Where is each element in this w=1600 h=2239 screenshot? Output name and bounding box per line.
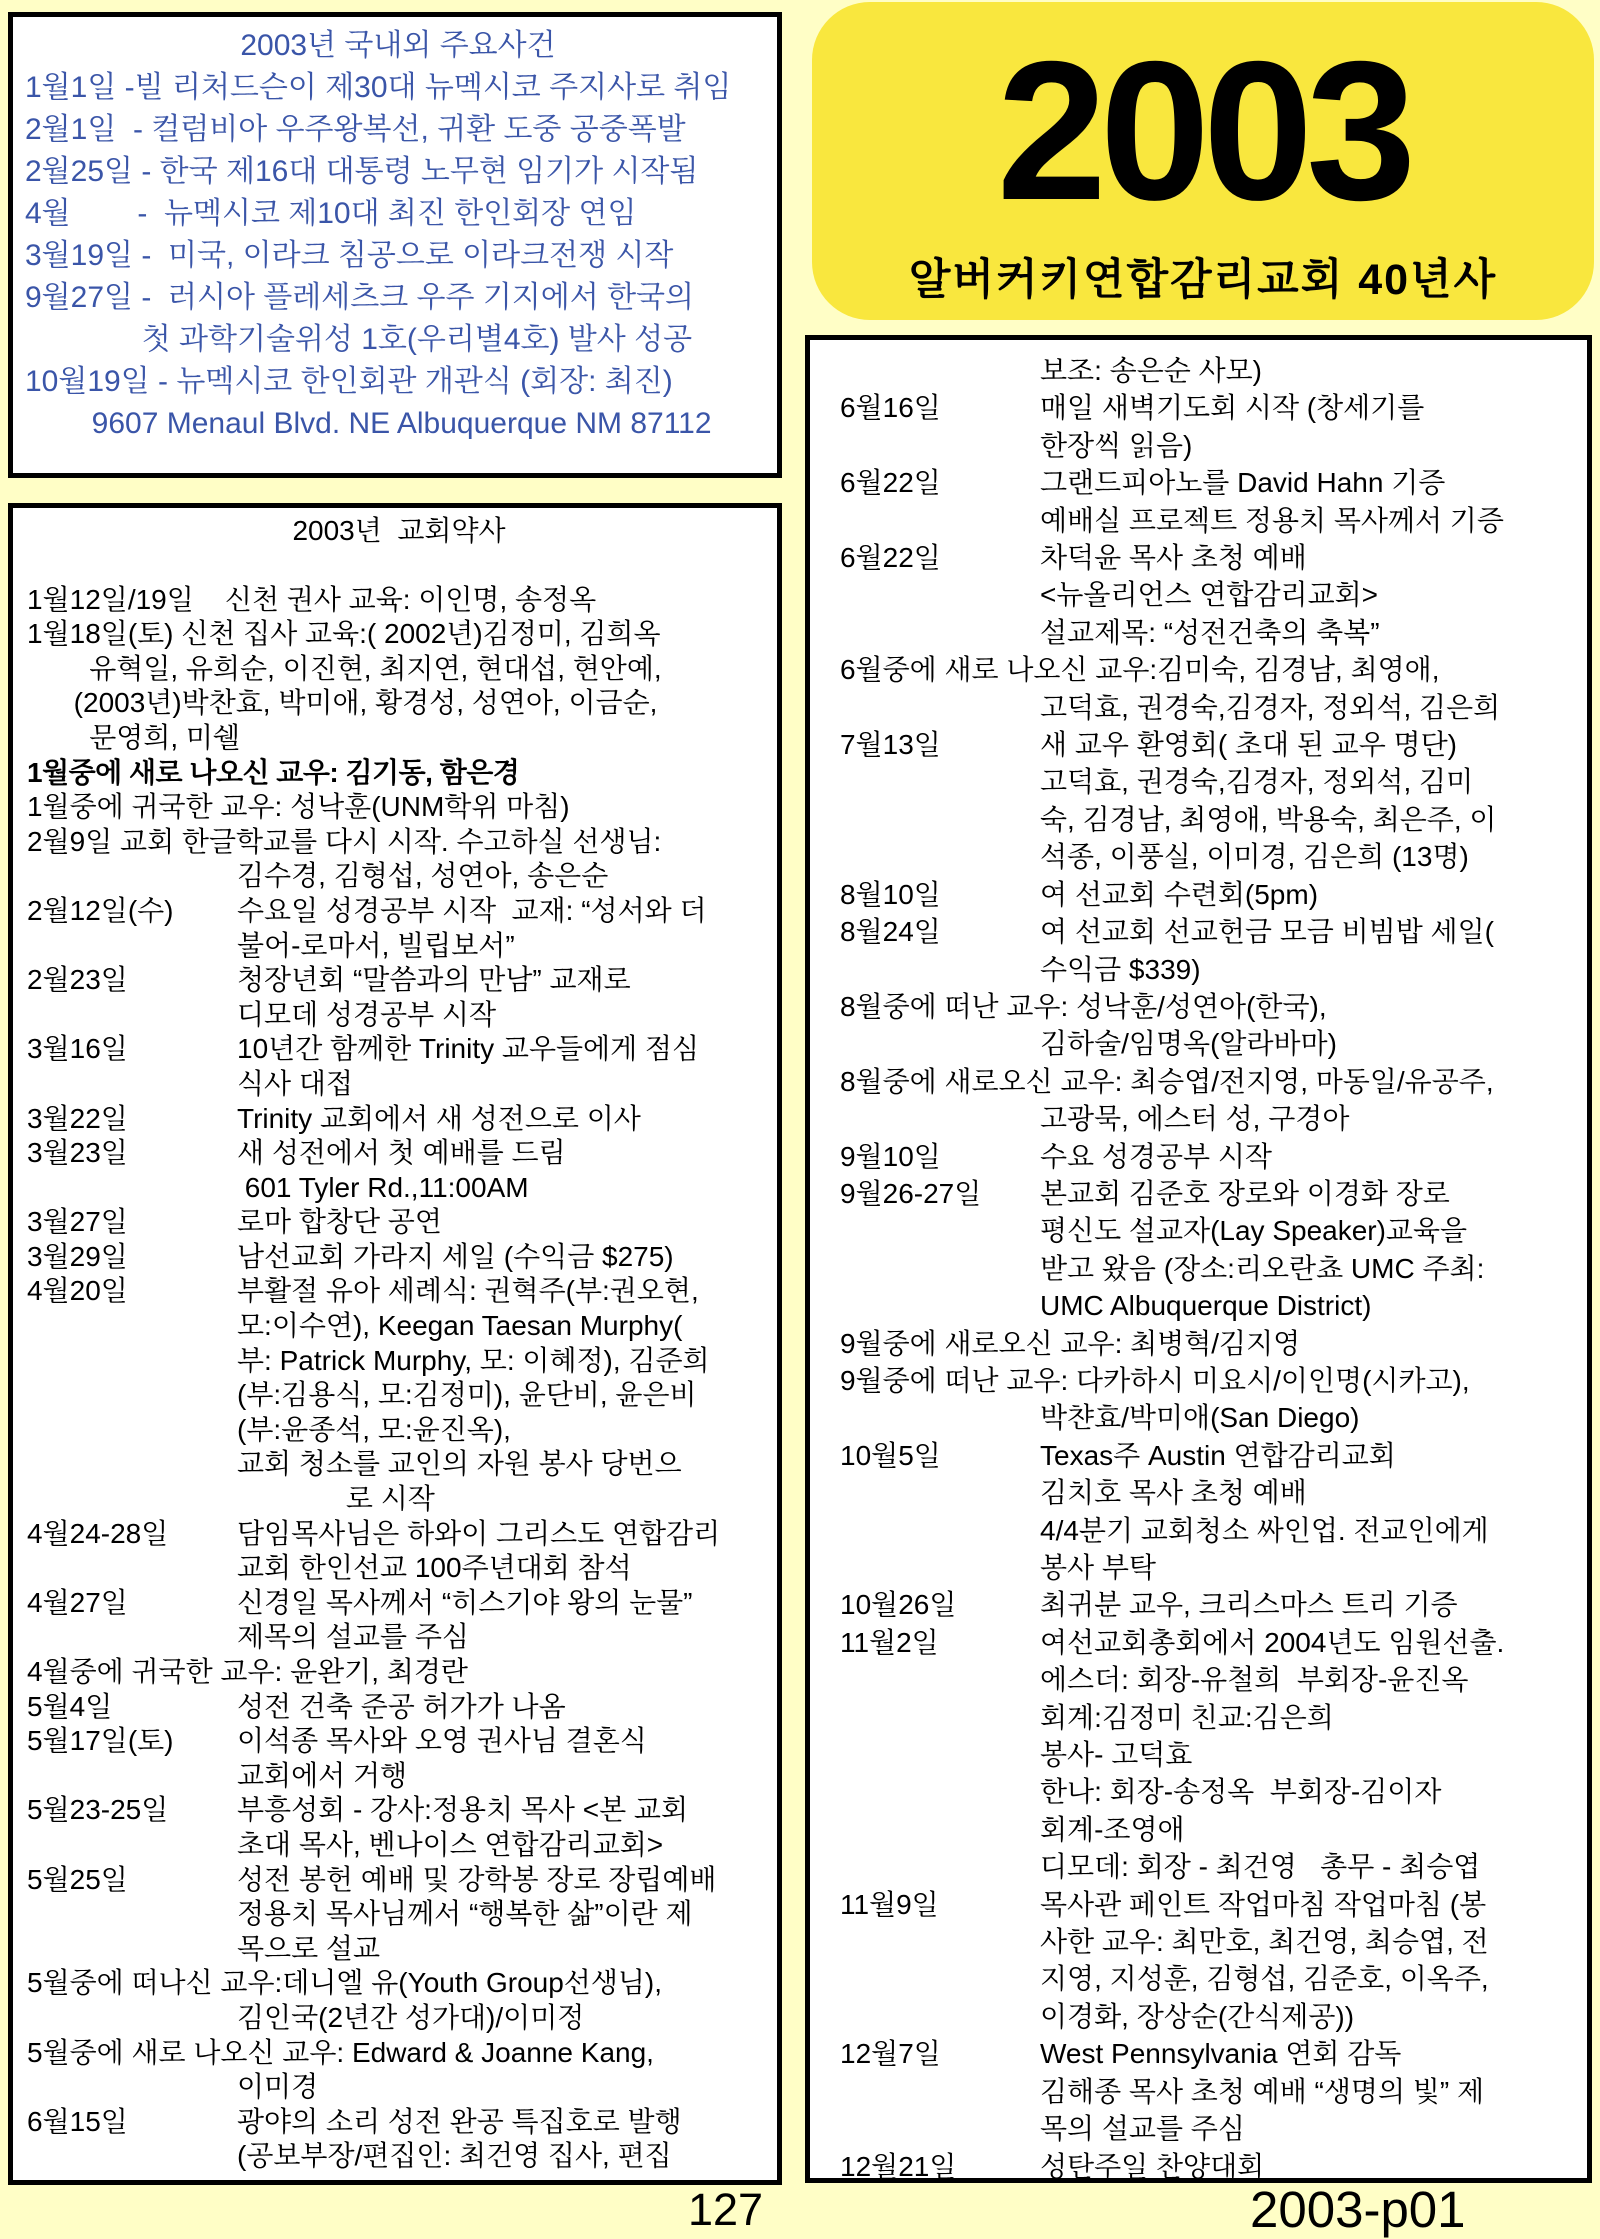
timeline-text: 9월중에 새로오신 교우: 최병혁/김지영 <box>840 1325 1581 1362</box>
timeline-line: 석종, 이풍실, 이미경, 김은희 (13명) <box>840 838 1581 875</box>
timeline-line: 8월중에 새로오신 교우: 최승엽/전지영, 마동일/유공주, <box>840 1063 1581 1100</box>
timeline-text: 설교제목: “성전건축의 축복” <box>1040 614 1581 651</box>
year-banner: 2003 알버커키연합감리교회 40년사 <box>812 2 1594 320</box>
timeline-text: 8월중에 떠난 교우: 성낙훈/성연아(한국), <box>840 988 1581 1025</box>
timeline-line: 11월2일여선교회총회에서 2004년도 임원선출. <box>840 1624 1581 1661</box>
timeline-date <box>27 1482 237 1517</box>
timeline-date <box>840 614 1040 651</box>
timeline-line: 김수경, 김형섭, 성연아, 송은순 <box>27 859 771 894</box>
timeline-date: 7월13일 <box>840 726 1040 763</box>
timeline-text: 봉사 부탁 <box>1040 1549 1581 1586</box>
timeline-text: 예배실 프로젝트 정용치 목사께서 기증 <box>1040 502 1581 539</box>
timeline-line: 12월7일West Pennsylvania 연회 감독 <box>840 2035 1581 2072</box>
timeline-date: 6월16일 <box>840 389 1040 426</box>
timeline-text: 성전 봉헌 예배 및 강학봉 장로 장립예배 <box>237 1863 771 1898</box>
timeline-text: 여 선교회 수련회(5pm) <box>1040 876 1581 913</box>
timeline-text: 10월19일 - 뉴멕시코 한인회관 개관식 (회장: 최진) <box>25 361 771 403</box>
timeline-text: 매일 새벽기도회 시작 (창세기를 <box>1040 389 1581 426</box>
timeline-date: 12월21일 <box>840 2148 1040 2184</box>
timeline-text: 새 교우 환영회( 초대 된 교우 명단) <box>1040 726 1581 763</box>
timeline-line: 문영희, 미쉘 <box>27 721 771 756</box>
timeline-line: 목으로 설교 <box>27 1932 771 1967</box>
timeline-line: 한나: 회장-송정옥 부회장-김이자 <box>840 1773 1581 1810</box>
timeline-line: 정용치 목사님께서 “행복한 삶”이란 제 <box>27 1897 771 1932</box>
timeline-date <box>840 2073 1040 2110</box>
timeline-text: 601 Tyler Rd.,11:00AM <box>237 1171 771 1206</box>
timeline-text: 4월 - 뉴멕시코 제10대 최진 한인회장 연임 <box>25 193 771 235</box>
timeline-date: 12월7일 <box>840 2035 1040 2072</box>
timeline-date <box>27 2001 237 2036</box>
timeline-text: 사한 교우: 최만호, 최건영, 최승엽, 전 <box>1040 1923 1581 1960</box>
timeline-text: 이경화, 장상순(간식제공)) <box>1040 1998 1581 2035</box>
timeline-line: 5월23-25일부흥성회 - 강사:정용치 목사 <본 교회 <box>27 1793 771 1828</box>
timeline-line: 교회 청소를 교인의 자원 봉사 당번으 <box>27 1447 771 1482</box>
timeline-date <box>27 1897 237 1932</box>
timeline-text: 김수경, 김형섭, 성연아, 송은순 <box>237 859 771 894</box>
banner-subtitle-text: 알버커키연합감리교회 40년사 <box>812 246 1594 307</box>
timeline-line: 2월23일청장년회 “말씀과의 만남” 교재로 <box>27 963 771 998</box>
timeline-text: 이미경 <box>237 2070 771 2105</box>
timeline-text: 평신도 설교자(Lay Speaker)교육을 <box>1040 1212 1581 1249</box>
timeline-line: 11월9일목사관 페인트 작업마침 작업마침 (봉 <box>840 1886 1581 1923</box>
timeline-text: 불어-로마서, 빌립보서” <box>237 929 771 964</box>
timeline-date: 9월26-27일 <box>840 1175 1040 1212</box>
timeline-date: 5월17일(토) <box>27 1724 237 1759</box>
timeline-text: <뉴올리언스 연합감리교회> <box>1040 576 1581 613</box>
timeline-text: 성탄주일 찬양대회 <box>1040 2148 1581 2184</box>
timeline-text: 부흥성회 - 강사:정용치 목사 <본 교회 <box>237 1793 771 1828</box>
timeline-date <box>27 1551 237 1586</box>
timeline-text: 로 시작 <box>237 1482 771 1517</box>
timeline-line: 3월29일남선교회 가라지 세일 (수익금 $275) <box>27 1240 771 1275</box>
timeline-line: 4월 - 뉴멕시코 제10대 최진 한인회장 연임 <box>25 193 771 235</box>
timeline-date <box>840 1661 1040 1698</box>
timeline-text: 10년간 함께한 Trinity 교우들에게 점심 <box>237 1032 771 1067</box>
timeline-text: 이석종 목사와 오영 권사님 결혼식 <box>237 1724 771 1759</box>
timeline-date <box>840 838 1040 875</box>
timeline-date <box>27 2070 237 2105</box>
timeline-line: 고덕효, 권경숙,김경자, 정외석, 김은희 <box>840 689 1581 726</box>
timeline-line: (부:윤종석, 모:윤진옥), <box>27 1413 771 1448</box>
timeline-text: 광야의 소리 성전 완공 특집호로 발행 <box>237 2105 771 2140</box>
timeline-line: 4월20일부활절 유아 세례식: 권혁주(부:권오현, <box>27 1274 771 1309</box>
timeline-line: 고덕효, 권경숙,김경자, 정외석, 김미 <box>840 763 1581 800</box>
timeline-line: 초대 목사, 벤나이스 연합감리교회> <box>27 1828 771 1863</box>
timeline-date <box>840 1399 1040 1436</box>
timeline-line: 지영, 지성훈, 김형섭, 김준호, 이옥주, <box>840 1960 1581 1997</box>
timeline-line: 수익금 $339) <box>840 951 1581 988</box>
timeline-text: UMC Albuquerque District) <box>1040 1287 1581 1324</box>
timeline-date <box>27 1309 237 1344</box>
timeline-date: 2월12일(수) <box>27 894 237 929</box>
timeline-line: 6월중에 새로 나오신 교우:김미숙, 김경남, 최영애, <box>840 651 1581 688</box>
timeline-date <box>840 1250 1040 1287</box>
timeline-text: 목으로 설교 <box>237 1932 771 1967</box>
timeline-date <box>27 1067 237 1102</box>
timeline-text: 부활절 유아 세례식: 권혁주(부:권오현, <box>237 1274 771 1309</box>
timeline-line: 10월5일Texas주 Austin 연합감리교회 <box>840 1437 1581 1474</box>
timeline-line: 5월25일성전 봉헌 예배 및 강학봉 장로 장립예배 <box>27 1863 771 1898</box>
timeline-date <box>840 1736 1040 1773</box>
timeline-date: 6월22일 <box>840 464 1040 501</box>
timeline-date: 5월4일 <box>27 1690 237 1725</box>
timeline-line: 예배실 프로젝트 정용치 목사께서 기증 <box>840 502 1581 539</box>
timeline-date: 10월5일 <box>840 1437 1040 1474</box>
timeline-text: 유혁일, 유희순, 이진현, 최지연, 현대섭, 현안예, <box>27 652 771 687</box>
timeline-date <box>27 1447 237 1482</box>
timeline-text: Texas주 Austin 연합감리교회 <box>1040 1437 1581 1474</box>
timeline-date <box>840 1474 1040 1511</box>
timeline-date <box>840 689 1040 726</box>
timeline-text: 담임목사님은 하와이 그리스도 연합감리 <box>237 1517 771 1552</box>
timeline-text: 4월중에 귀국한 교우: 윤완기, 최경란 <box>27 1655 771 1690</box>
timeline-line: 9월26-27일본교회 김준호 장로와 이경화 장로 <box>840 1175 1581 1212</box>
timeline-line: 받고 왔음 (장소:리오란쵸 UMC 주최: <box>840 1250 1581 1287</box>
church-box-lines: 1월12일/19일 신천 권사 교육: 이인명, 송정옥1월18일(토) 신천 … <box>27 583 771 2174</box>
timeline-date <box>840 1960 1040 1997</box>
timeline-date <box>27 1932 237 1967</box>
timeline-text: 에스더: 회장-유철희 부회장-윤진옥 <box>1040 1661 1581 1698</box>
page-code: 2003-p01 <box>1250 2180 1466 2239</box>
timeline-date <box>27 2139 237 2174</box>
timeline-date <box>840 1699 1040 1736</box>
timeline-date <box>840 1549 1040 1586</box>
timeline-text: 초대 목사, 벤나이스 연합감리교회> <box>237 1828 771 1863</box>
timeline-date <box>840 801 1040 838</box>
timeline-text: 받고 왔음 (장소:리오란쵸 UMC 주최: <box>1040 1250 1581 1287</box>
timeline-text: 모:이수연), Keegan Taesan Murphy( <box>237 1309 771 1344</box>
timeline-text: 수요 성경공부 시작 <box>1040 1138 1581 1175</box>
timeline-text: 9월중에 떠난 교우: 다카하시 미요시/이인명(시카고), <box>840 1362 1581 1399</box>
timeline-date: 4월24-28일 <box>27 1517 237 1552</box>
timeline-date: 8월24일 <box>840 913 1040 950</box>
timeline-line: 2월9일 교회 한글학교를 다시 시작. 수고하실 선생님: <box>27 825 771 860</box>
timeline-text: 교회 청소를 교인의 자원 봉사 당번으 <box>237 1447 771 1482</box>
timeline-text: 부: Patrick Murphy, 모: 이혜정), 김준희 <box>237 1344 771 1379</box>
timeline-text: 지영, 지성훈, 김형섭, 김준호, 이옥주, <box>1040 1960 1581 1997</box>
timeline-text: 2월1일 - 컬럼비아 우주왕복선, 귀환 도중 공중폭발 <box>25 109 771 151</box>
timeline-line: 3월27일로마 합창단 공연 <box>27 1205 771 1240</box>
timeline-text: 디모데 성경공부 시작 <box>237 998 771 1033</box>
timeline-text: 고덕효, 권경숙,김경자, 정외석, 김은희 <box>1040 689 1581 726</box>
timeline-line: 6월15일광야의 소리 성전 완공 특집호로 발행 <box>27 2105 771 2140</box>
timeline-line: 사한 교우: 최만호, 최건영, 최승엽, 전 <box>840 1923 1581 1960</box>
timeline-line: 김하술/임명옥(알라바마) <box>840 1025 1581 1062</box>
timeline-date: 4월27일 <box>27 1586 237 1621</box>
timeline-text: 5월중에 새로 나오신 교우: Edward & Joanne Kang, <box>27 2036 771 2071</box>
timeline-text: 식사 대접 <box>237 1067 771 1102</box>
timeline-date <box>27 1828 237 1863</box>
timeline-date: 6월22일 <box>840 539 1040 576</box>
timeline-text: 2월9일 교회 한글학교를 다시 시작. 수고하실 선생님: <box>27 825 771 860</box>
timeline-line: 불어-로마서, 빌립보서” <box>27 929 771 964</box>
timeline-line: 4/4분기 교회청소 싸인업. 전교인에게 <box>840 1512 1581 1549</box>
timeline-line: 첫 과학기술위성 1호(우리별4호) 발사 성공 <box>25 319 771 361</box>
timeline-line: 1월1일 -빌 리처드슨이 제30대 뉴멕시코 주지사로 취임 <box>25 67 771 109</box>
timeline-line: (공보부장/편집인: 최건영 집사, 편집 <box>27 2139 771 2174</box>
timeline-line: 로 시작 <box>27 1482 771 1517</box>
timeline-text: 로마 합창단 공연 <box>237 1205 771 1240</box>
timeline-text: (2003년)박찬효, 박미애, 황경성, 성연아, 이금순, <box>27 686 771 721</box>
timeline-date: 3월27일 <box>27 1205 237 1240</box>
timeline-text: 차덕윤 목사 초청 예배 <box>1040 539 1581 576</box>
timeline-text: 남선교회 가라지 세일 (수익금 $275) <box>237 1240 771 1275</box>
timeline-text: 5월중에 떠나신 교우:데니엘 유(Youth Group선생님), <box>27 1966 771 2001</box>
timeline-text: 그랜드피아노를 David Hahn 기증 <box>1040 464 1581 501</box>
timeline-text: 여선교회총회에서 2004년도 임원선출. <box>1040 1624 1581 1661</box>
timeline-line: 김해종 목사 초청 예배 “생명의 빛” 제 <box>840 2073 1581 2110</box>
timeline-line: (2003년)박찬효, 박미애, 황경성, 성연아, 이금순, <box>27 686 771 721</box>
timeline-text: (부:김용식, 모:김정미), 윤단비, 윤은비 <box>237 1378 771 1413</box>
timeline-line: 6월22일그랜드피아노를 David Hahn 기증 <box>840 464 1581 501</box>
timeline-line: <뉴올리언스 연합감리교회> <box>840 576 1581 613</box>
timeline-date <box>840 951 1040 988</box>
timeline-text: Trinity 교회에서 새 성전으로 이사 <box>237 1102 771 1137</box>
timeline-line: 10월26일최귀분 교우, 크리스마스 트리 기증 <box>840 1586 1581 1623</box>
timeline-line: 모:이수연), Keegan Taesan Murphy( <box>27 1309 771 1344</box>
timeline-text: 6월중에 새로 나오신 교우:김미숙, 김경남, 최영애, <box>840 651 1581 688</box>
timeline-date <box>27 1759 237 1794</box>
timeline-line: 1월중에 새로 나오신 교우: 김기동, 함은경 <box>27 756 771 791</box>
timeline-date: 3월29일 <box>27 1240 237 1275</box>
timeline-line: 숙, 김경남, 최영애, 박용숙, 최은주, 이 <box>840 801 1581 838</box>
page-number: 127 <box>688 2184 763 2236</box>
timeline-text: 고광묵, 에스터 성, 구경아 <box>1040 1100 1581 1137</box>
timeline-line: 봉사- 고덕효 <box>840 1736 1581 1773</box>
timeline-date <box>840 1100 1040 1137</box>
timeline-text: 봉사- 고덕효 <box>1040 1736 1581 1773</box>
timeline-date <box>840 576 1040 613</box>
timeline-line: 박챤효/박미애(San Diego) <box>840 1399 1581 1436</box>
timeline-date <box>840 763 1040 800</box>
timeline-text: 한나: 회장-송정옥 부회장-김이자 <box>1040 1773 1581 1810</box>
timeline-text: 여 선교회 선교헌금 모금 비빔밥 세일( <box>1040 913 1581 950</box>
timeline-line: 12월21일성탄주일 찬양대회 <box>840 2148 1581 2184</box>
national-events-box: 2003년 국내외 주요사건 1월1일 -빌 리처드슨이 제30대 뉴멕시코 주… <box>8 12 782 478</box>
timeline-line: 601 Tyler Rd.,11:00AM <box>27 1171 771 1206</box>
timeline-date: 5월23-25일 <box>27 1793 237 1828</box>
timeline-line: 에스더: 회장-유철희 부회장-윤진옥 <box>840 1661 1581 1698</box>
timeline-date <box>840 1811 1040 1848</box>
timeline-date: 4월20일 <box>27 1274 237 1309</box>
timeline-line: 10월19일 - 뉴멕시코 한인회관 개관식 (회장: 최진) <box>25 361 771 403</box>
timeline-date <box>840 1212 1040 1249</box>
timeline-line: 한장씩 읽음) <box>840 427 1581 464</box>
timeline-date <box>840 2110 1040 2147</box>
timeline-line: 2월25일 - 한국 제16대 대통령 노무현 임기가 시작됨 <box>25 151 771 193</box>
timeline-line: 3월19일 - 미국, 이라크 침공으로 이라크전쟁 시작 <box>25 235 771 277</box>
timeline-line: 2월1일 - 컬럼비아 우주왕복선, 귀환 도중 공중폭발 <box>25 109 771 151</box>
timeline-line: UMC Albuquerque District) <box>840 1287 1581 1324</box>
timeline-line: 8월24일여 선교회 선교헌금 모금 비빔밥 세일( <box>840 913 1581 950</box>
timeline-text: 김하술/임명옥(알라바마) <box>1040 1025 1581 1062</box>
church-box-title: 2003년 교회약사 <box>27 514 771 549</box>
timeline-line: 김인국(2년간 성가대)/이미정 <box>27 2001 771 2036</box>
timeline-date <box>27 998 237 1033</box>
timeline-line: 2월12일(수)수요일 성경공부 시작 교재: “성서와 더 <box>27 894 771 929</box>
timeline-line: 제목의 설교를 주심 <box>27 1620 771 1655</box>
timeline-line: 평신도 설교자(Lay Speaker)교육을 <box>840 1212 1581 1249</box>
timeline-line: 김치호 목사 초청 예배 <box>840 1474 1581 1511</box>
timeline-date: 3월23일 <box>27 1136 237 1171</box>
events-box-title: 2003년 국내외 주요사건 <box>25 25 771 67</box>
timeline-text: 석종, 이풍실, 이미경, 김은희 (13명) <box>1040 838 1581 875</box>
timeline-text: 9월27일 - 러시아 플레세츠크 우주 기지에서 한국의 <box>25 277 771 319</box>
scanned-yearbook-page: { "page": { "background_color": "#FFFEC6… <box>0 0 1600 2239</box>
timeline-text: 신경일 목사께서 “히스기야 왕의 눈물” <box>237 1586 771 1621</box>
timeline-date: 9월10일 <box>840 1138 1040 1175</box>
timeline-date <box>27 859 237 894</box>
timeline-date <box>27 1171 237 1206</box>
timeline-text: 교회에서 거행 <box>237 1759 771 1794</box>
timeline-text: West Pennsylvania 연회 감독 <box>1040 2035 1581 2072</box>
timeline-text: 목사관 페인트 작업마침 작업마침 (봉 <box>1040 1886 1581 1923</box>
timeline-line: 9월중에 떠난 교우: 다카하시 미요시/이인명(시카고), <box>840 1362 1581 1399</box>
timeline-line: 설교제목: “성전건축의 축복” <box>840 614 1581 651</box>
timeline-line: 디모데 성경공부 시작 <box>27 998 771 1033</box>
timeline-date: 11월9일 <box>840 1886 1040 1923</box>
timeline-line: 7월13일새 교우 환영회( 초대 된 교우 명단) <box>840 726 1581 763</box>
timeline-text: 디모데: 회장 - 최건영 총무 - 최승엽 <box>1040 1848 1581 1885</box>
timeline-line: 9607 Menaul Blvd. NE Albuquerque NM 8711… <box>25 403 771 445</box>
events-box-lines: 1월1일 -빌 리처드슨이 제30대 뉴멕시코 주지사로 취임2월1일 - 컬럼… <box>25 67 771 445</box>
timeline-line: 6월22일차덕윤 목사 초청 예배 <box>840 539 1581 576</box>
timeline-text: 1월중에 귀국한 교우: 성낙훈(UNM학위 마침) <box>27 790 771 825</box>
timeline-date <box>840 352 1040 389</box>
timeline-text: 박챤효/박미애(San Diego) <box>1040 1399 1581 1436</box>
timeline-date <box>840 502 1040 539</box>
timeline-text: 교회 한인선교 100주년대회 참석 <box>237 1551 771 1586</box>
timeline-line: 목의 설교를 주심 <box>840 2110 1581 2147</box>
timeline-text: 4/4분기 교회청소 싸인업. 전교인에게 <box>1040 1512 1581 1549</box>
timeline-text: 문영희, 미쉘 <box>27 721 771 756</box>
timeline-date <box>840 1025 1040 1062</box>
timeline-line: 3월16일10년간 함께한 Trinity 교우들에게 점심 <box>27 1032 771 1067</box>
timeline-line: 4월27일신경일 목사께서 “히스기야 왕의 눈물” <box>27 1586 771 1621</box>
timeline-text: 김해종 목사 초청 예배 “생명의 빛” 제 <box>1040 2073 1581 2110</box>
timeline-date <box>27 1413 237 1448</box>
timeline-date <box>27 1620 237 1655</box>
timeline-date <box>840 1848 1040 1885</box>
timeline-text: 1월12일/19일 신천 권사 교육: 이인명, 송정옥 <box>27 583 771 618</box>
timeline-text: 제목의 설교를 주심 <box>237 1620 771 1655</box>
timeline-line: 1월12일/19일 신천 권사 교육: 이인명, 송정옥 <box>27 583 771 618</box>
timeline-line: 5월중에 새로 나오신 교우: Edward & Joanne Kang, <box>27 2036 771 2071</box>
timeline-line: 회계:김정미 친교:김은희 <box>840 1699 1581 1736</box>
timeline-line: 고광묵, 에스터 성, 구경아 <box>840 1100 1581 1137</box>
timeline-date: 2월23일 <box>27 963 237 998</box>
timeline-date <box>840 427 1040 464</box>
right-box-lines: 보조: 송은순 사모)6월16일매일 새벽기도회 시작 (창세기를한장씩 읽음)… <box>840 352 1581 2183</box>
timeline-date: 5월25일 <box>27 1863 237 1898</box>
timeline-text: 1월중에 새로 나오신 교우: 김기동, 함은경 <box>27 756 771 791</box>
timeline-line: 5월17일(토)이석종 목사와 오영 권사님 결혼식 <box>27 1724 771 1759</box>
timeline-date <box>27 1344 237 1379</box>
timeline-line: 8월10일여 선교회 수련회(5pm) <box>840 876 1581 913</box>
timeline-line: 9월중에 새로오신 교우: 최병혁/김지영 <box>840 1325 1581 1362</box>
timeline-line: 봉사 부탁 <box>840 1549 1581 1586</box>
church-history-box-left: 2003년 교회약사 1월12일/19일 신천 권사 교육: 이인명, 송정옥1… <box>8 503 782 2185</box>
timeline-text: 2월25일 - 한국 제16대 대통령 노무현 임기가 시작됨 <box>25 151 771 193</box>
timeline-line: 교회 한인선교 100주년대회 참석 <box>27 1551 771 1586</box>
timeline-date: 3월22일 <box>27 1102 237 1137</box>
timeline-text: 8월중에 새로오신 교우: 최승엽/전지영, 마동일/유공주, <box>840 1063 1581 1100</box>
timeline-line: 유혁일, 유희순, 이진현, 최지연, 현대섭, 현안예, <box>27 652 771 687</box>
timeline-text: 수요일 성경공부 시작 교재: “성서와 더 <box>237 894 771 929</box>
timeline-line: 1월중에 귀국한 교우: 성낙훈(UNM학위 마침) <box>27 790 771 825</box>
timeline-line: 9월10일수요 성경공부 시작 <box>840 1138 1581 1175</box>
timeline-line: 5월중에 떠나신 교우:데니엘 유(Youth Group선생님), <box>27 1966 771 2001</box>
timeline-text: 1월1일 -빌 리처드슨이 제30대 뉴멕시코 주지사로 취임 <box>25 67 771 109</box>
timeline-text: 첫 과학기술위성 1호(우리별4호) 발사 성공 <box>25 319 771 361</box>
timeline-line: 9월27일 - 러시아 플레세츠크 우주 기지에서 한국의 <box>25 277 771 319</box>
timeline-line: 부: Patrick Murphy, 모: 이혜정), 김준희 <box>27 1344 771 1379</box>
timeline-line: 4월중에 귀국한 교우: 윤완기, 최경란 <box>27 1655 771 1690</box>
timeline-line: 6월16일매일 새벽기도회 시작 (창세기를 <box>840 389 1581 426</box>
timeline-text: 정용치 목사님께서 “행복한 삶”이란 제 <box>237 1897 771 1932</box>
timeline-text: 새 성전에서 첫 예배를 드림 <box>237 1136 771 1171</box>
timeline-line: (부:김용식, 모:김정미), 윤단비, 윤은비 <box>27 1378 771 1413</box>
timeline-text: (부:윤종석, 모:윤진옥), <box>237 1413 771 1448</box>
timeline-date: 3월16일 <box>27 1032 237 1067</box>
timeline-text: 수익금 $339) <box>1040 951 1581 988</box>
timeline-text: (공보부장/편집인: 최건영 집사, 편집 <box>237 2139 771 2174</box>
banner-year-text: 2003 <box>812 2 1594 230</box>
timeline-date: 6월15일 <box>27 2105 237 2140</box>
timeline-text: 한장씩 읽음) <box>1040 427 1581 464</box>
timeline-line: 3월23일새 성전에서 첫 예배를 드림 <box>27 1136 771 1171</box>
timeline-line: 이미경 <box>27 2070 771 2105</box>
timeline-text: 본교회 김준호 장로와 이경화 장로 <box>1040 1175 1581 1212</box>
timeline-text: 목의 설교를 주심 <box>1040 2110 1581 2147</box>
timeline-text: 고덕효, 권경숙,김경자, 정외석, 김미 <box>1040 763 1581 800</box>
timeline-line: 식사 대접 <box>27 1067 771 1102</box>
timeline-text: 성전 건축 준공 허가가 나옴 <box>237 1690 771 1725</box>
timeline-text: 보조: 송은순 사모) <box>1040 352 1581 389</box>
timeline-date: 10월26일 <box>840 1586 1040 1623</box>
timeline-date <box>840 1287 1040 1324</box>
timeline-date <box>840 1512 1040 1549</box>
church-history-box-right: 보조: 송은순 사모)6월16일매일 새벽기도회 시작 (창세기를한장씩 읽음)… <box>805 335 1592 2183</box>
timeline-line: 5월4일성전 건축 준공 허가가 나옴 <box>27 1690 771 1725</box>
timeline-date <box>27 1378 237 1413</box>
timeline-date <box>27 929 237 964</box>
timeline-text: 회계-조영애 <box>1040 1811 1581 1848</box>
timeline-text: 1월18일(토) 신천 집사 교육:( 2002년)김정미, 김희옥 <box>27 617 771 652</box>
timeline-text: 청장년회 “말씀과의 만남” 교재로 <box>237 963 771 998</box>
timeline-date <box>840 1923 1040 1960</box>
timeline-date <box>840 1773 1040 1810</box>
timeline-text: 회계:김정미 친교:김은희 <box>1040 1699 1581 1736</box>
timeline-date: 8월10일 <box>840 876 1040 913</box>
timeline-text: 9607 Menaul Blvd. NE Albuquerque NM 8711… <box>25 403 771 445</box>
timeline-date: 11월2일 <box>840 1624 1040 1661</box>
timeline-date <box>840 1998 1040 2035</box>
timeline-text: 숙, 김경남, 최영애, 박용숙, 최은주, 이 <box>1040 801 1581 838</box>
timeline-line: 보조: 송은순 사모) <box>840 352 1581 389</box>
timeline-text: 3월19일 - 미국, 이라크 침공으로 이라크전쟁 시작 <box>25 235 771 277</box>
timeline-line: 3월22일Trinity 교회에서 새 성전으로 이사 <box>27 1102 771 1137</box>
timeline-line: 이경화, 장상순(간식제공)) <box>840 1998 1581 2035</box>
timeline-line: 교회에서 거행 <box>27 1759 771 1794</box>
timeline-text: 최귀분 교우, 크리스마스 트리 기증 <box>1040 1586 1581 1623</box>
timeline-line: 디모데: 회장 - 최건영 총무 - 최승엽 <box>840 1848 1581 1885</box>
timeline-line: 1월18일(토) 신천 집사 교육:( 2002년)김정미, 김희옥 <box>27 617 771 652</box>
timeline-text: 김치호 목사 초청 예배 <box>1040 1474 1581 1511</box>
timeline-line: 8월중에 떠난 교우: 성낙훈/성연아(한국), <box>840 988 1581 1025</box>
timeline-line: 회계-조영애 <box>840 1811 1581 1848</box>
timeline-line: 4월24-28일담임목사님은 하와이 그리스도 연합감리 <box>27 1517 771 1552</box>
